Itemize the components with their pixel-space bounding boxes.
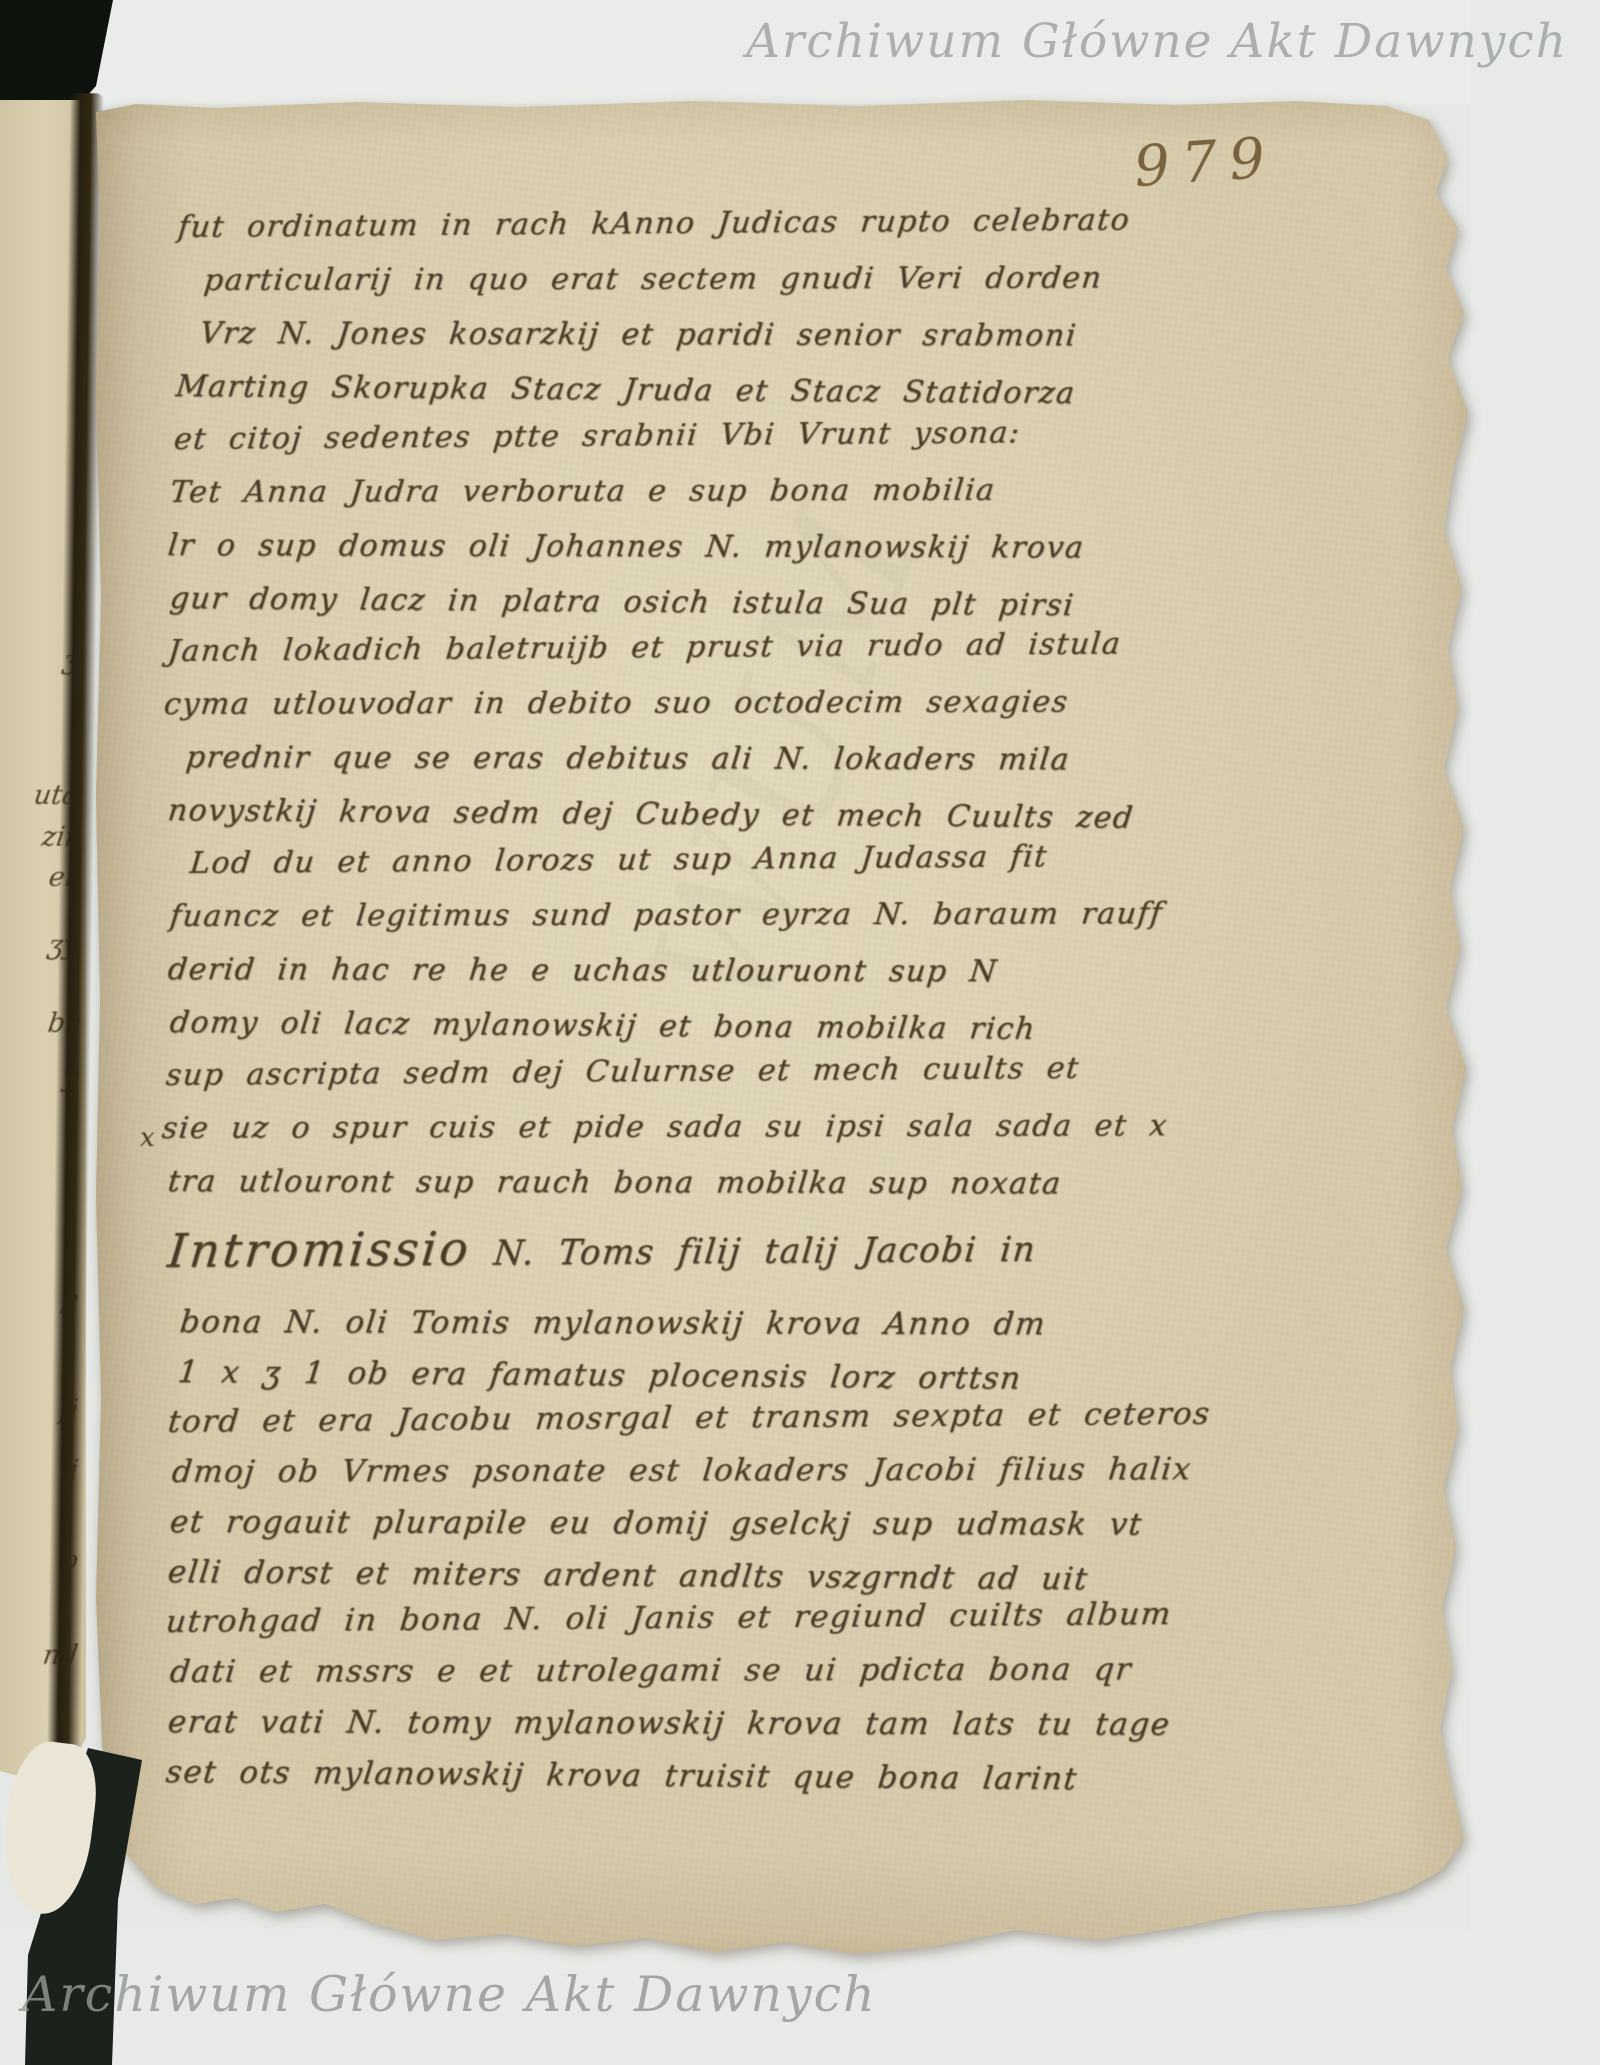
manuscript-line: lr o sup domus oli Johannes N. mylanowsk… <box>166 528 1086 565</box>
manuscript-line: gur domy lacz in platra osich istula Sua… <box>168 581 1076 623</box>
scan-top-backing-strip <box>0 0 1600 104</box>
manuscript-line: et rogauit plurapile eu domij gselckj su… <box>168 1504 1145 1543</box>
manuscript-line: sup ascripta sedm dej Culurnse et mech c… <box>164 1051 1081 1093</box>
manuscript-line: sie uz o spur cuis et pide sada su ipsi … <box>160 1108 1169 1146</box>
manuscript-line: elli dorst et miters ardent andlts vszgr… <box>166 1554 1090 1597</box>
manuscript-line: 1 x ʒ 1 ob era famatus plocensis lorz or… <box>176 1354 1024 1397</box>
manuscript-line: Janch lokadich baletruijb et prust via r… <box>166 627 1123 669</box>
manuscript-paragraph-heading: Intromissio N. Toms filij talij Jacobi i… <box>165 1218 1039 1279</box>
manuscript-line: particularij in quo erat sectem gnudi Ve… <box>202 261 1104 298</box>
manuscript-line: domy oli lacz mylanowskij et bona mobilk… <box>168 1005 1038 1047</box>
manuscript-line: et citoj sedentes ptte srabnii Vbi Vrunt… <box>172 415 1022 457</box>
manuscript-line: fut ordinatum in rach kAnno Judicas rupt… <box>176 203 1132 245</box>
manuscript-line: erat vati N. tomy mylanowskij krova tam … <box>166 1704 1172 1743</box>
manuscript-line: dmoj ob Vrmes psonate est lokaders Jacob… <box>170 1451 1193 1490</box>
manuscript-line: novystkij krova sedm dej Cubedy et mech … <box>166 793 1136 836</box>
handwritten-text-layer: fut ordinatum in rach kAnno Judicas rupt… <box>96 98 1486 2000</box>
manuscript-line: tord et era Jacobu mosrgal et transm sex… <box>166 1396 1212 1440</box>
manuscript-line: utrohgad in bona N. oli Janis et regiund… <box>164 1596 1173 1640</box>
heading-rest: N. Toms filij talij Jacobi in <box>468 1230 1038 1274</box>
manuscript-page: WUM 979 fut ordinatum in rach kAnno Judi… <box>96 98 1486 2000</box>
margin-mark: x <box>140 1123 155 1153</box>
manuscript-line: cyma utlouvodar in debito suo octodecim … <box>162 685 1070 722</box>
manuscript-line: Lod du et anno lorozs ut sup Anna Judass… <box>188 839 1049 881</box>
manuscript-line: prednir que se eras debitus ali N. lokad… <box>184 740 1072 777</box>
manuscript-line: fuancz et legitimus sund pastor eyrza N.… <box>168 896 1164 934</box>
manuscript-line: tra utlouront sup rauch bona mobilka sup… <box>166 1164 1063 1201</box>
manuscript-line: dati et mssrs e et utrolegami se ui pdic… <box>168 1651 1134 1690</box>
archival-scan: ʒutazirerʒybry3filiond WUM 979 fut ordin… <box>0 0 1600 2065</box>
manuscript-paper: WUM 979 fut ordinatum in rach kAnno Judi… <box>96 98 1486 2000</box>
manuscript-line: Tet Anna Judra verboruta e sup bona mobi… <box>168 473 997 510</box>
scan-right-backing-strip <box>1470 0 1600 2065</box>
heading-word: Intromissio <box>165 1222 473 1279</box>
manuscript-line: set ots mylanowskij krova truisit que bo… <box>164 1754 1080 1797</box>
manuscript-line: Marting Skorupka Stacz Jruda et Stacz St… <box>174 369 1077 411</box>
manuscript-line: Vrz N. Jones kosarzkij et paridi senior … <box>198 316 1079 353</box>
manuscript-line: derid in hac re he e uchas utlouruont su… <box>166 952 999 989</box>
manuscript-line: bona N. oli Tomis mylanowskij krova Anno… <box>178 1304 1048 1342</box>
